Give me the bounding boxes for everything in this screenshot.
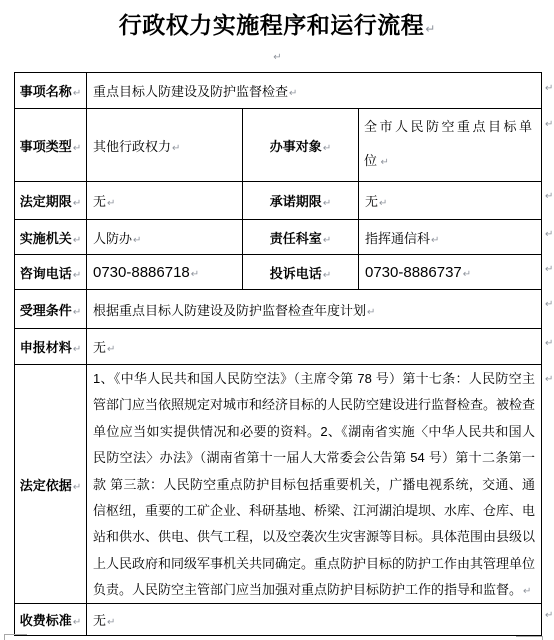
value-responsible-division: 指挥通信科↵ [359,220,542,255]
paragraph-mark-icon: ↵ [323,235,331,246]
end-of-row-mark-icon: ↵ [545,611,553,621]
value-item-name: 重点目标人防建设及防护监督检查↵ [87,73,542,109]
label-service-target: 办事对象↵ [243,109,359,182]
label-text: 办事对象 [270,139,322,154]
paragraph-mark-icon: ↵ [73,617,81,628]
paragraph-mark-icon: ↵ [425,22,435,36]
paragraph-mark-icon: ↵ [323,270,331,281]
empty-paragraph: ↵ [0,51,554,67]
label-responsible-division: 责任科室↵ [243,220,359,255]
label-text: 责任科室 [270,231,322,246]
value-text: 无 [93,194,106,209]
table-row: 事项类型↵ 其他行政权力↵ 办事对象↵ 全市人民防空重点目标单位↵ [15,109,542,182]
value-text: 无 [93,340,106,355]
text-boundary-mark-bottom-right [542,636,543,640]
legal-basis-text: 1、《中华人民共和国人民防空法》（主席令第 78 号）第十七条：人民防空主管部门… [93,366,535,602]
end-of-row-mark-icon: ↵ [545,339,553,349]
label-fee-standard: 收费标准↵ [15,604,87,636]
paragraph-mark-icon: ↵ [73,235,81,246]
value-consultation-phone: 0730-8886718↵ [87,255,243,290]
value-text: 指挥通信科 [365,231,430,246]
label-complaint-phone: 投诉电话↵ [243,255,359,290]
value-item-type: 其他行政权力↵ [87,109,243,182]
label-item-name: 事项名称↵ [15,73,87,109]
table-row: 收费标准↵ 无↵ [15,604,542,636]
procedure-info-table: 事项名称↵ 重点目标人防建设及防护监督检查↵ 事项类型↵ 其他行政权力↵ 办事对… [14,72,542,636]
paragraph-mark-icon: ↵ [323,198,331,209]
paragraph-mark-icon: ↵ [73,143,81,154]
value-text: 重点目标人防建设及防护监督检查 [93,84,288,99]
table-row: 法定依据↵ 1、《中华人民共和国人民防空法》（主席令第 78 号）第十七条：人民… [15,365,542,604]
value-acceptance-conditions: 根据重点目标人防建设及防护监督检查年度计划↵ [87,290,542,329]
page-title: 行政权力实施程序和运行流程↵ [0,10,554,44]
label-text: 事项类型 [20,139,72,154]
paragraph-mark-icon: ↵ [73,344,81,355]
paragraph-mark-icon: ↵ [323,143,331,154]
label-item-type: 事项类型↵ [15,109,87,182]
paragraph-mark-icon: ↵ [73,307,81,318]
value-text: 1、《中华人民共和国人民防空法》（主席令第 78 号）第十七条：人民防空主管部门… [93,371,535,597]
paragraph-mark-icon: ↵ [289,88,297,99]
label-text: 受理条件 [20,303,72,318]
paragraph-mark-icon: ↵ [107,617,115,628]
value-text: 0730-8886718 [93,264,190,281]
value-text: 人防办 [93,231,132,246]
value-complaint-phone: 0730-8886737↵ [359,255,542,290]
label-text: 承诺期限 [270,194,322,209]
value-fee-standard: 无↵ [87,604,542,636]
paragraph-mark-icon: ↵ [381,157,389,168]
value-statutory-time-limit: 无↵ [87,182,243,220]
label-application-materials: 申报材料↵ [15,329,87,365]
paragraph-mark-icon: ↵ [73,270,81,281]
end-of-row-mark-icon: ↵ [545,375,553,385]
label-consultation-phone: 咨询电话↵ [15,255,87,290]
value-service-target: 全市人民防空重点目标单位↵ [359,109,542,182]
value-legal-basis: 1、《中华人民共和国人民防空法》（主席令第 78 号）第十七条：人民防空主管部门… [87,365,542,604]
paragraph-mark-icon: ↵ [107,344,115,355]
table-row: 受理条件↵ 根据重点目标人防建设及防护监督检查年度计划↵ [15,290,542,329]
paragraph-mark-icon: ↵ [191,269,199,280]
table-row: 法定期限↵ 无↵ 承诺期限↵ 无↵ [15,182,542,220]
paragraph-mark-icon: ↵ [523,586,531,597]
label-text: 法定依据 [20,478,72,493]
paragraph-mark-icon: ↵ [73,482,81,493]
table-row: 实施机关↵ 人防办↵ 责任科室↵ 指挥通信科↵ [15,220,542,255]
paragraph-mark-icon: ↵ [73,88,81,99]
end-of-row-mark-icon: ↵ [545,265,553,275]
label-text: 收费标准 [20,613,72,628]
value-text: 无 [365,194,378,209]
label-text: 法定期限 [20,194,72,209]
label-text: 事项名称 [20,84,72,99]
paragraph-mark-icon: ↵ [172,143,180,154]
paragraph-mark-icon: ↵ [463,269,471,280]
paragraph-mark-icon: ↵ [273,52,281,63]
table-row: 咨询电话↵ 0730-8886718↵ 投诉电话↵ 0730-8886737↵ [15,255,542,290]
label-acceptance-conditions: 受理条件↵ [15,290,87,329]
paragraph-mark-icon: ↵ [367,307,375,318]
end-of-row-mark-icon: ↵ [545,300,553,310]
value-implementing-agency: 人防办↵ [87,220,243,255]
table-row: 事项名称↵ 重点目标人防建设及防护监督检查↵ [15,73,542,109]
paragraph-mark-icon: ↵ [431,235,439,246]
page-title-text: 行政权力实施程序和运行流程 [119,12,425,38]
text-boundary-mark-bottom-left [4,634,27,635]
label-legal-basis: 法定依据↵ [15,365,87,604]
value-text: 其他行政权力 [93,139,171,154]
paragraph-mark-icon: ↵ [73,198,81,209]
label-promised-time-limit: 承诺期限↵ [243,182,359,220]
label-text: 咨询电话 [20,266,72,281]
value-text: 全市人民防空重点目标单位 [364,119,535,168]
table-row: 申报材料↵ 无↵ [15,329,542,365]
end-of-row-mark-icon: ↵ [545,84,553,94]
value-text: 无 [93,613,106,628]
paragraph-mark-icon: ↵ [133,235,141,246]
end-of-row-mark-icon: ↵ [545,230,553,240]
paragraph-mark-icon: ↵ [107,198,115,209]
value-text: 0730-8886737 [365,264,462,281]
paragraph-mark-icon: ↵ [379,198,387,209]
label-implementing-agency: 实施机关↵ [15,220,87,255]
label-statutory-time-limit: 法定期限↵ [15,182,87,220]
end-of-row-mark-icon: ↵ [545,120,553,130]
label-text: 申报材料 [20,340,72,355]
text-boundary-mark-bottom-left [4,634,5,640]
end-of-row-mark-icon: ↵ [545,192,553,202]
label-text: 实施机关 [20,231,72,246]
value-promised-time-limit: 无↵ [359,182,542,220]
value-text: 根据重点目标人防建设及防护监督检查年度计划 [93,303,366,318]
label-text: 投诉电话 [270,266,322,281]
value-application-materials: 无↵ [87,329,542,365]
text-boundary-mark-bottom-right [516,636,543,637]
